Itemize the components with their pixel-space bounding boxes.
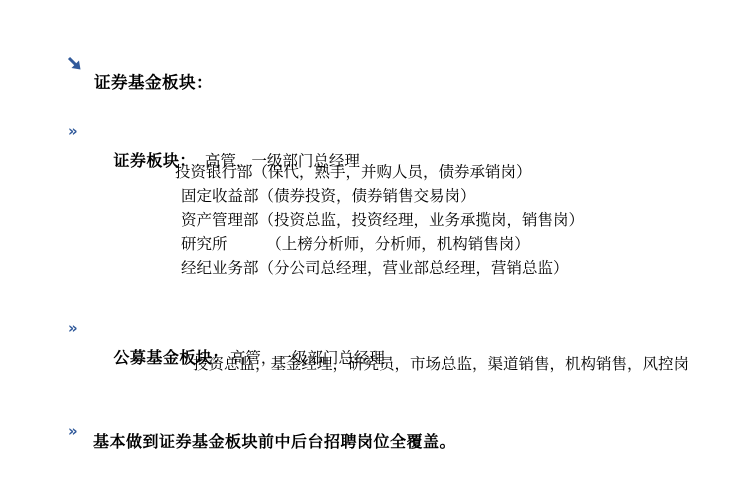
page-title: 证券基金板块： — [94, 69, 213, 93]
department-list: 投资银行部（保代，熟手，并购人员，债券承销岗） 固定收益部（债券投资，债券销售交… — [175, 160, 584, 280]
chevron-bullet-icon: » — [68, 321, 78, 336]
slide-canvas: 证券基金板块： » 证券板块：高管，一级部门总经理 投资银行部（保代，熟手，并购… — [0, 0, 750, 500]
department-line-investment-banking: 投资银行部（保代，熟手，并购人员，债券承销岗） — [175, 160, 584, 184]
chevron-bullet-icon: » — [68, 424, 78, 439]
department-line-fixed-income: 固定收益部（债券投资，债券销售交易岗） — [181, 184, 584, 208]
department-line-asset-management: 资产管理部（投资总监，投资经理，业务承揽岗，销售岗） — [181, 208, 584, 232]
fund-roles-line: 投资总监，基金经理，研究员，市场总监，渠道销售，机构销售，风控岗 — [193, 352, 689, 374]
chevron-bullet-icon: » — [68, 124, 78, 139]
department-line-brokerage: 经纪业务部（分公司总经理，营业部总经理，营销总监） — [181, 256, 584, 280]
summary-text: 基本做到证券基金板块前中后台招聘岗位全覆盖。 — [93, 429, 456, 452]
arrow-down-right-icon — [66, 55, 84, 73]
department-line-research-institute: 研究所 （上榜分析师，分析师，机构销售岗） — [181, 232, 584, 256]
